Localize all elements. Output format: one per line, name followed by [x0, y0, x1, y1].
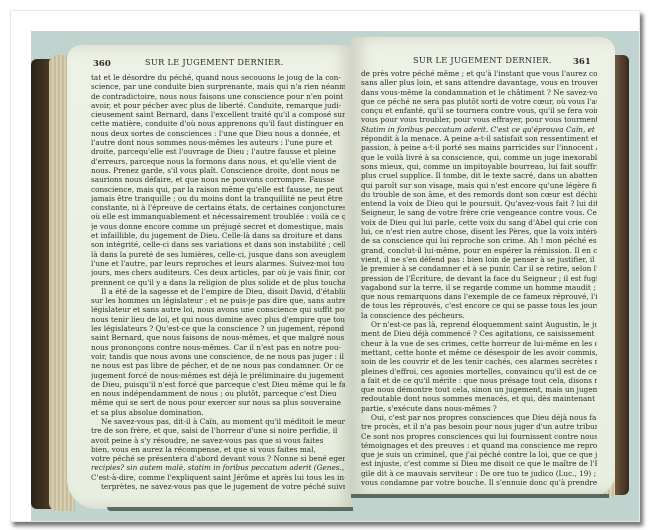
running-header-right: SUR LE JUGEMENT DERNIER. [413, 55, 552, 65]
text-line: saint Bernard, que nous faisons de nous-… [91, 333, 345, 342]
text-line: d'erreurs, parceque nous la formons dans… [91, 157, 345, 166]
text-line: que nous remarquons dans l'exemple de ce… [361, 292, 597, 301]
running-header-left: SUR LE JUGEMENT DERNIER. [145, 57, 284, 67]
text-line: conscience, mais qui, par la raison même… [91, 185, 345, 194]
text-line: où elle est immanquablement et nécessair… [91, 212, 345, 221]
text-line: en nous indépendamment de nous ; ou plut… [91, 389, 345, 398]
text-line: dans vous-même la condamnation et le châ… [361, 88, 597, 97]
right-page-body: de près votre péché même ; et qu'à l'ins… [361, 69, 597, 487]
text-line: recipies? sin autem malè, statim in fori… [91, 463, 345, 472]
text-line: vagabond sur la terre, il se regarde com… [361, 283, 597, 292]
text-line: même qui se sert de nous pour exercer su… [91, 398, 345, 407]
text-line: avoir, et pour pécher avec plus de liber… [91, 101, 345, 110]
text-line: nous. Prenez garde, s'il vous plaît. Con… [91, 166, 345, 175]
text-line: du trouble de son âme, et des remords do… [361, 190, 597, 199]
text-line: de sa conscience qui lui reproche son cr… [361, 236, 597, 245]
text-line: nous tenir lieu de loi, et qui nous domi… [91, 315, 345, 324]
text-line: de contradictoire, nous nous faisons une… [91, 92, 345, 101]
text-line: grand, conclut-il lui-même, pour en espé… [361, 246, 597, 255]
text-line: nous prononçons contre nous-mêmes. Car i… [91, 343, 345, 352]
text-line: tre de son frère, et que, saisi de l'hor… [91, 426, 345, 435]
text-line: qui paroît sur son visage, mais qui n'es… [361, 181, 597, 190]
text-line: voix de Dieu qui lui parle, cette voix d… [361, 218, 597, 227]
text-line: de Dieu, puisqu'il n'est forcé que parce… [91, 380, 345, 389]
text-line: sans aller plus loin, et sans attendre d… [361, 78, 597, 87]
text-line: témoignages et des preuves : et quand ma… [361, 441, 597, 450]
text-line: est injuste, c'est comme si Dieu me diso… [361, 459, 597, 468]
text-line: entend la voix de Dieu qui le poursuit. … [361, 199, 597, 208]
text-line: Il a été de la sagesse et de l'empire de… [91, 287, 345, 296]
text-line: science, par une conduite bien surprenan… [91, 82, 345, 91]
text-line: le premier à se condamner et à se punir.… [361, 264, 597, 273]
text-line: et infaillible, du jugement de Dieu. Cel… [91, 231, 345, 240]
page-number-left: 360 [93, 59, 111, 69]
text-line: là dans la pureté de ses lumières, celle… [91, 250, 345, 259]
text-line: redoutable dont nous sommes menacés, et … [361, 394, 597, 403]
text-line: partie, s'exécute dans nous-mêmes ? [361, 404, 597, 413]
text-line: Seigneur, le sang de votre frère crie ve… [361, 208, 597, 217]
text-line: C'est-à-dire, comme l'expliquent saint J… [91, 473, 345, 482]
text-line: lui, ce n'est rien autre chose, disent l… [361, 227, 597, 236]
text-line: tre procès, et il n'a pas besoin pour no… [361, 422, 597, 431]
text-line: Or n'est-ce pas là, reprend éloquemment … [361, 320, 597, 329]
text-line: sur les hommes un législateur ; et ne pu… [91, 296, 345, 305]
text-line: jugement forcé de nous-mêmes est déjà le… [91, 371, 345, 380]
photo-frame: 360 SUR LE JUGEMENT DERNIER. tat et le d… [10, 10, 640, 522]
text-line: Statim in foribus peccatum aderit. C'est… [361, 125, 597, 134]
text-line: passion, à peine a-t-il porté ses mains … [361, 143, 597, 152]
text-line: que le voilà livré à sa conscience, qui,… [361, 153, 597, 162]
text-line: nous deux sortes de consciences : l'une … [91, 129, 345, 138]
text-line: voir, tandis que nous avons une conscien… [91, 352, 345, 361]
text-line: pression de l'Écriture, de devant la fac… [361, 274, 597, 283]
text-line: bien, vous en aurez la récompense, et qu… [91, 445, 345, 454]
text-line: l'une et l'autre, par leurs reproches et… [91, 259, 345, 268]
text-line: de tous les réprouvés, c'est encore ce q… [361, 301, 597, 310]
text-line: votre péché se présentera d'abord devant… [91, 454, 345, 463]
text-line: jamais être tranquille ; ou du moins don… [91, 194, 345, 203]
book-photograph: 360 SUR LE JUGEMENT DERNIER. tat et le d… [31, 31, 639, 521]
text-line: tat et le désordre du péché, quand nous … [91, 73, 345, 82]
text-line: vous condamne par votre bouche. Il s'enn… [361, 478, 597, 487]
text-line: prennent ce qu'il y a dans la religion d… [91, 278, 345, 287]
text-line: a fait et de ce qu'il mérite : que nous … [361, 376, 597, 385]
text-line: constante, ni à l'épreuve de certains ét… [91, 203, 345, 212]
text-line: terprètes, ne savez-vous pas que le juge… [91, 482, 345, 491]
text-line: vient, il ne s'en défend pas : bien loin… [361, 255, 597, 264]
text-line: cieusement saint Bernard, dans l'excelle… [91, 110, 345, 119]
text-line: avoit peine à s'y résoudre, ne savez-vou… [91, 436, 345, 445]
text-line: ne nous est pas libre de pécher, et de n… [91, 361, 345, 370]
text-line: la conscience des pécheurs. [361, 311, 597, 320]
text-line: l'autre dont nous sommes nous-mêmes les … [91, 138, 345, 147]
text-line: cheur à la vue de ses crimes, cette horr… [361, 339, 597, 348]
text-line: cette matière, conduite d'où nous appren… [91, 119, 345, 128]
text-line: saurions nous défaire, et que nous ne po… [91, 175, 345, 184]
text-line: Ce sont nos propres consciences qui lui … [361, 432, 597, 441]
right-page: SUR LE JUGEMENT DERNIER. 361 de près vot… [351, 37, 615, 495]
page-number-right: 361 [573, 57, 591, 67]
text-line: pleines d'effroi, ces agonies mortelles,… [361, 367, 597, 376]
text-line: ment de Dieu déjà commencé ? Ces agitati… [361, 329, 597, 338]
text-line: que nous démontre tout cela, sinon un ju… [361, 385, 597, 394]
text-line: de près votre péché même ; et qu'à l'ins… [361, 69, 597, 78]
text-line: législateur et sans autre loi, nous avon… [91, 305, 345, 314]
text-line: Oui, c'est par nos propres consciences q… [361, 413, 597, 422]
text-line: que je suis un criminel, que j'ai péché … [361, 450, 597, 459]
text-line: que ce péché ne sera pas plutôt sorti de… [361, 97, 597, 106]
text-line: conçu et enfanté, qu'il se tournera cont… [361, 106, 597, 115]
left-page-body: tat et le désordre du péché, quand nous … [91, 73, 345, 491]
text-line: droite, parcequ'elle est l'ouvrage de Di… [91, 147, 345, 156]
text-line: je vous donne encore comme un préjugé se… [91, 222, 345, 231]
text-line: répondit à la menace. A peine a-t-il sat… [361, 134, 597, 143]
text-line: sons mieux, qui, comme un impitoyable bo… [361, 162, 597, 171]
text-line: gile dit à ce mauvais serviteur : De ore… [361, 469, 597, 478]
text-line: son intégrité, celle-ci dans ses variati… [91, 240, 345, 249]
text-line: mettant, cette honte et même ce désespoi… [361, 348, 597, 357]
text-line: jours, mes chers auditeurs. Ces deux art… [91, 268, 345, 277]
text-line: soin de les couvrir et de les tenir cach… [361, 357, 597, 366]
text-line: plus cruel supplice. Il tombe, dit le te… [361, 171, 597, 180]
text-line: vous pour vous troubler, pour vous effra… [361, 115, 597, 124]
left-page: 360 SUR LE JUGEMENT DERNIER. tat et le d… [67, 45, 353, 509]
text-line: et sa plus absolue domination. [91, 408, 345, 417]
text-line: Ne savez-vous pas, dit-il à Caïn, au mom… [91, 417, 345, 426]
text-line: les législateurs ? Qu'est-ce que la cons… [91, 324, 345, 333]
